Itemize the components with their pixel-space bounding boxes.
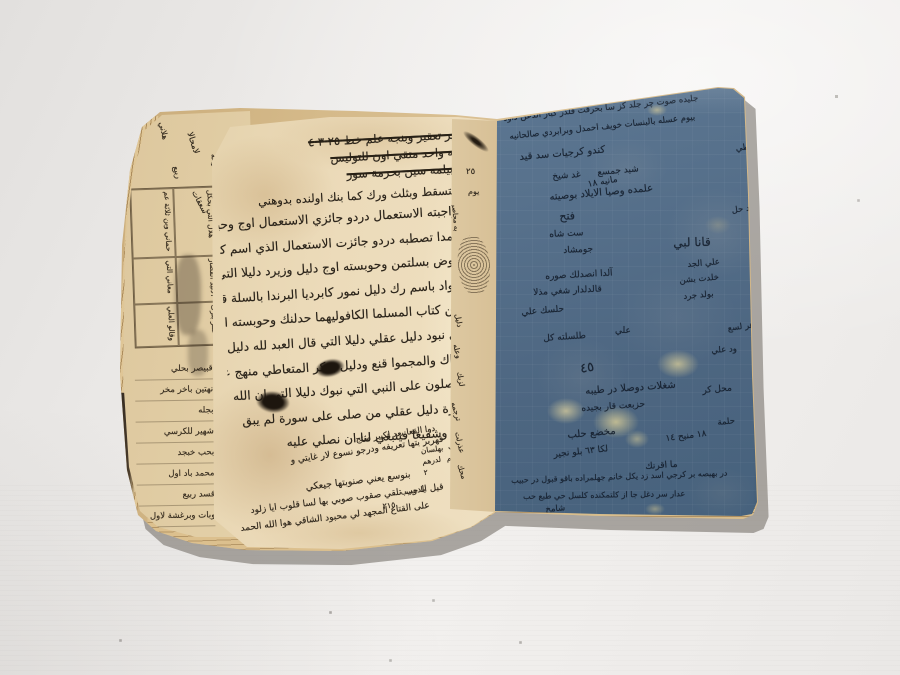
dust-specks (0, 0, 1, 1)
blue-stain (705, 216, 731, 234)
blue-note: قالدلدار شغي مذلا (533, 284, 602, 298)
blue-note: مانيه ۱۸ (587, 175, 618, 190)
blue-note: كندو كرجيات سد قيد (519, 145, 606, 163)
blue-note: محل كر (702, 383, 732, 396)
gutter-note: عذرلت (453, 431, 466, 454)
corner-note: لامحالا (184, 131, 200, 155)
margin-table-cell: وقالو العلي (134, 303, 178, 348)
ledger-cell: ٢ (423, 467, 429, 478)
photo: { "colors":{"background":"#eceae8","pape… (0, 0, 900, 675)
corner-note: ربيع (171, 165, 183, 180)
blue-stain (647, 104, 667, 116)
gutter-note: يوم (468, 187, 479, 196)
blue-stain (625, 430, 649, 448)
blue-note: ما اقرنك (645, 460, 678, 472)
corner-note: هلاني (157, 121, 170, 140)
blue-note: بولد جرد (683, 289, 714, 302)
blue-note: علي (615, 326, 631, 336)
cover-edge-marks (113, 147, 124, 170)
blue-note: ست شاه (549, 228, 584, 240)
scribble-patch (456, 234, 492, 296)
blue-note: جليده صوت چر جلد كز سا بحرقت فلدر كبار ا… (503, 94, 699, 124)
margin-scribble-line: قسد ربيع (137, 484, 215, 506)
blue-note: حزبعت قار بجيده (581, 400, 645, 414)
blue-note: علمده وصيا الايلاد بوصيته (549, 183, 654, 203)
blue-note: آلدا انصدلك صوره (545, 268, 613, 282)
blue-note: علي الجد (687, 257, 720, 270)
blue-note: ٤٥ (579, 360, 595, 377)
gutter-note: ترجمه (449, 401, 463, 422)
blue-stain (657, 350, 699, 378)
margin-scribble-line: بحب خبجد (136, 442, 214, 464)
blue-note: ود علي (711, 344, 737, 356)
ink-smear (175, 255, 201, 335)
blue-note: هر لسع (727, 320, 755, 334)
blue-patch (537, 338, 627, 418)
blue-patch (617, 268, 737, 368)
gutter-note: ٢٥ (466, 167, 475, 177)
open-manuscript-book: حماني وبن ثلاثة عمهلال التي بحكلمعاني ال… (100, 75, 780, 575)
blue-patch (687, 468, 757, 518)
gutter-note: لزبك (455, 371, 466, 387)
blue-stain (593, 406, 639, 438)
blue-note: حلمة (717, 416, 735, 428)
ink-smear (188, 330, 208, 376)
margin-scribble-line: نهتين باخر مخر (135, 379, 213, 401)
blue-note: فتح (559, 209, 575, 223)
gutter-note: محك (455, 463, 468, 480)
blue-note: در بهيصه بر كرجي اسد زد يكل خانم جهلمراد… (511, 468, 728, 485)
margin-scribble-line: محمد باد اول (136, 463, 214, 485)
blue-note: مخضع حلب (567, 426, 616, 441)
blue-patch (587, 138, 667, 198)
blue-note: حلسك علي (521, 304, 565, 318)
blue-note: قانا لبي (673, 235, 711, 250)
blue-note: غد شيخ (552, 170, 581, 182)
blue-note: شيد جمسع (597, 164, 639, 178)
blue-note: ما فتح (597, 90, 621, 102)
margin-table-cell: حماني وبن ثلاثة عم (130, 188, 175, 258)
margin-table-cell: معاني التي (133, 257, 178, 305)
blue-note: طلسلته كل (543, 331, 586, 344)
feather-ink-mark (461, 128, 492, 155)
blue-stain (645, 503, 665, 515)
gutter-note: دليل (453, 313, 464, 328)
gutter-note: وعله (451, 343, 463, 359)
margin-scribble-line: شهير للكرسي (136, 421, 214, 443)
margin-scribbles: قبيصر بحلينهتين باخر مخربجلهشهير للكرسيب… (135, 358, 216, 527)
gutter-note: به محاصر (450, 203, 460, 232)
blue-note: ١٨ منبح ١٤ (665, 429, 707, 444)
blue-note: خلدت بشن (679, 273, 719, 286)
blue-stain (547, 398, 585, 424)
margin-scribble-line: بجله (135, 400, 213, 422)
blue-note: لكا ٦٣ بلو نجير (553, 444, 609, 460)
blue-note: عدار سر دغل جا از كلتمكنده كلسل حي طبع ح… (523, 489, 685, 501)
blue-note: بيوم عسله بالبنسات خويف احمدل وبرابردي ص… (509, 112, 696, 141)
blue-note: شغلات دوصلا در طيبه (585, 380, 676, 397)
blue-note: جومشاد (563, 244, 593, 256)
